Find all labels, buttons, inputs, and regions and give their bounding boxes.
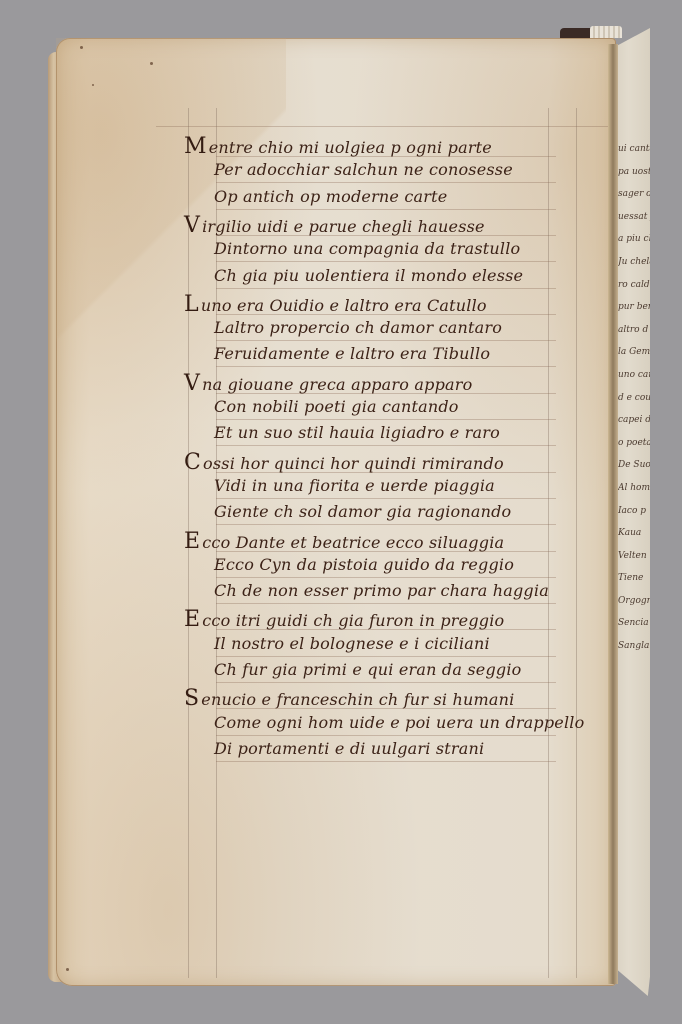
verse-line: Senucio e franceschin ch fur si humani bbox=[184, 686, 514, 711]
ruling-line bbox=[216, 498, 556, 499]
facing-page-line: capei de bbox=[618, 409, 650, 432]
verse-text: na giouane greca apparo apparo bbox=[202, 375, 472, 394]
verse-text: Per adocchiar salchun ne conosesse bbox=[214, 160, 513, 179]
foxing-spot bbox=[92, 84, 94, 86]
verse-line: Vna giouane greca apparo apparo bbox=[184, 371, 472, 396]
gutter-shadow bbox=[608, 44, 618, 984]
verse-initial: L bbox=[184, 292, 199, 317]
verse-line: Giente ch sol damor gia ragionando bbox=[214, 502, 511, 521]
facing-page-line: Al hom bbox=[618, 477, 650, 500]
ruling-line bbox=[216, 261, 556, 262]
ruling-line bbox=[216, 761, 556, 762]
facing-page-text: ui cantauanpa uostra donsager di fauorue… bbox=[618, 138, 650, 658]
verse-line: Ch gia piu uolentiera il mondo elesse bbox=[214, 266, 523, 285]
facing-page-line: uessat fanno bbox=[618, 206, 650, 229]
verse-text: Come ogni hom uide e poi uera un drappel… bbox=[214, 713, 584, 732]
verse-initial: V bbox=[184, 213, 200, 238]
ruling-line bbox=[216, 445, 556, 446]
verse-text: Dintorno una compagnia da trastullo bbox=[214, 239, 520, 258]
verse-initial: E bbox=[184, 607, 200, 632]
verse-line: Laltro propercio ch damor cantaro bbox=[214, 318, 502, 337]
facing-page-line: pur ber bbox=[618, 296, 650, 319]
foxing-spot bbox=[150, 62, 153, 65]
verse-line: Op antich op moderne carte bbox=[214, 187, 447, 206]
manuscript-photo: ui cantauanpa uostra donsager di fauorue… bbox=[0, 0, 682, 1024]
verse-line: Ecco Cyn da pistoia guido da reggio bbox=[214, 555, 514, 574]
ruling-line bbox=[216, 288, 556, 289]
facing-page-line: d e coul da bbox=[618, 387, 650, 410]
verse-text: Laltro propercio ch damor cantaro bbox=[214, 318, 502, 337]
verse-text: Op antich op moderne carte bbox=[214, 187, 447, 206]
verse-line: Per adocchiar salchun ne conosesse bbox=[214, 160, 513, 179]
verse-line: Ch fur gia primi e qui eran da seggio bbox=[214, 660, 522, 679]
verse-line: Dintorno una compagnia da trastullo bbox=[214, 239, 520, 258]
verse-initial: M bbox=[184, 134, 207, 159]
ruling-line bbox=[216, 340, 556, 341]
facing-page-line: sager di fauor bbox=[618, 183, 650, 206]
verse-text: Ch gia piu uolentiera il mondo elesse bbox=[214, 266, 523, 285]
verse-text: enucio e franceschin ch fur si humani bbox=[201, 690, 514, 709]
facing-page-line: pa uostra don bbox=[618, 161, 650, 184]
verse-initial: S bbox=[184, 686, 199, 711]
foxing-spot bbox=[80, 46, 83, 49]
facing-page-line: De Suo B bbox=[618, 454, 650, 477]
facing-page-line: ro caldo bbox=[618, 274, 650, 297]
verse-line: Come ogni hom uide e poi uera un drappel… bbox=[214, 713, 584, 732]
verse-line: Vidi in una fiorita e uerde piaggia bbox=[214, 476, 495, 495]
verse-line: Con nobili poeti gia cantando bbox=[214, 397, 459, 416]
verse-text: entre chio mi uolgiea p ogni parte bbox=[209, 138, 492, 157]
ruling-line bbox=[216, 735, 556, 736]
verse-initial: C bbox=[184, 450, 201, 475]
verse-initial: E bbox=[184, 529, 200, 554]
facing-page-line: Velten bbox=[618, 545, 650, 568]
ruling-line-right-inner bbox=[548, 108, 549, 978]
verse-text: irgilio uidi e parue chegli hauesse bbox=[202, 217, 485, 236]
verse-line: Ecco Dante et beatrice ecco siluaggia bbox=[184, 529, 504, 554]
verse-line: Luno era Ouidio e laltro era Catullo bbox=[184, 292, 487, 317]
verse-line: Ecco itri guidi ch gia furon in preggio bbox=[184, 607, 504, 632]
facing-page-line: altro d bbox=[618, 319, 650, 342]
verse-text: Et un suo stil hauia ligiadro e raro bbox=[214, 423, 500, 442]
verse-line: Di portamenti e di uulgari strani bbox=[214, 739, 484, 758]
facing-page-line: Sangla bbox=[618, 635, 650, 658]
facing-page-line: Ju chelar cong bbox=[618, 251, 650, 274]
verse-text: Feruidamente e laltro era Tibullo bbox=[214, 344, 490, 363]
facing-page-line: o poeta bbox=[618, 432, 650, 455]
verse-line: Feruidamente e laltro era Tibullo bbox=[214, 344, 490, 363]
verse-line: Il nostro el bolognese e i ciciliani bbox=[214, 634, 490, 653]
ruling-line bbox=[216, 524, 556, 525]
ruling-line bbox=[216, 209, 556, 210]
verse-text: cco itri guidi ch gia furon in preggio bbox=[202, 611, 504, 630]
verse-text: Di portamenti e di uulgari strani bbox=[214, 739, 484, 758]
ruling-line bbox=[216, 603, 556, 604]
verse-text: Ch fur gia primi e qui eran da seggio bbox=[214, 660, 522, 679]
verse-text: cco Dante et beatrice ecco siluaggia bbox=[202, 533, 504, 552]
facing-page-line: Tiene bbox=[618, 567, 650, 590]
verse-initial: V bbox=[184, 371, 200, 396]
verse-text: ossi hor quinci hor quindi rimirando bbox=[203, 454, 504, 473]
verse-line: Ch de non esser primo par chara haggia bbox=[214, 581, 549, 600]
verse-text: Il nostro el bolognese e i ciciliani bbox=[214, 634, 490, 653]
ruling-line-right-outer bbox=[576, 108, 577, 978]
headband bbox=[590, 26, 622, 38]
manuscript-page: Mentre chio mi uolgiea p ogni partePer a… bbox=[56, 38, 616, 986]
verse-text: Vidi in una fiorita e uerde piaggia bbox=[214, 476, 495, 495]
facing-page-line: la Gemasti bbox=[618, 341, 650, 364]
facing-page-line: a piu cholm bbox=[618, 228, 650, 251]
verse-text: uno era Ouidio e laltro era Catullo bbox=[201, 296, 487, 315]
facing-page-line: Iaco p bbox=[618, 500, 650, 523]
verse-text: Giente ch sol damor gia ragionando bbox=[214, 502, 511, 521]
facing-page-line: Kaua bbox=[618, 522, 650, 545]
ruling-line bbox=[216, 366, 556, 367]
ruling-line bbox=[216, 182, 556, 183]
facing-page-line: Sencia bbox=[618, 612, 650, 635]
ruling-line bbox=[216, 419, 556, 420]
ruling-line bbox=[216, 656, 556, 657]
verse-text: Ch de non esser primo par chara haggia bbox=[214, 581, 549, 600]
facing-page-line: ui cantauan bbox=[618, 138, 650, 161]
verse-line: Cossi hor quinci hor quindi rimirando bbox=[184, 450, 504, 475]
ruling-line-top bbox=[156, 126, 616, 127]
facing-page-line: uno canta bbox=[618, 364, 650, 387]
facing-page: ui cantauanpa uostra donsager di fauorue… bbox=[614, 28, 650, 996]
verse-line: Et un suo stil hauia ligiadro e raro bbox=[214, 423, 500, 442]
verse-line: Virgilio uidi e parue chegli hauesse bbox=[184, 213, 485, 238]
verse-text: Con nobili poeti gia cantando bbox=[214, 397, 459, 416]
foxing-spot bbox=[66, 968, 69, 971]
ruling-line bbox=[216, 682, 556, 683]
verse-text: Ecco Cyn da pistoia guido da reggio bbox=[214, 555, 514, 574]
facing-page-line: Orgogr bbox=[618, 590, 650, 613]
verse-line: Mentre chio mi uolgiea p ogni parte bbox=[184, 134, 492, 159]
ruling-line bbox=[216, 577, 556, 578]
